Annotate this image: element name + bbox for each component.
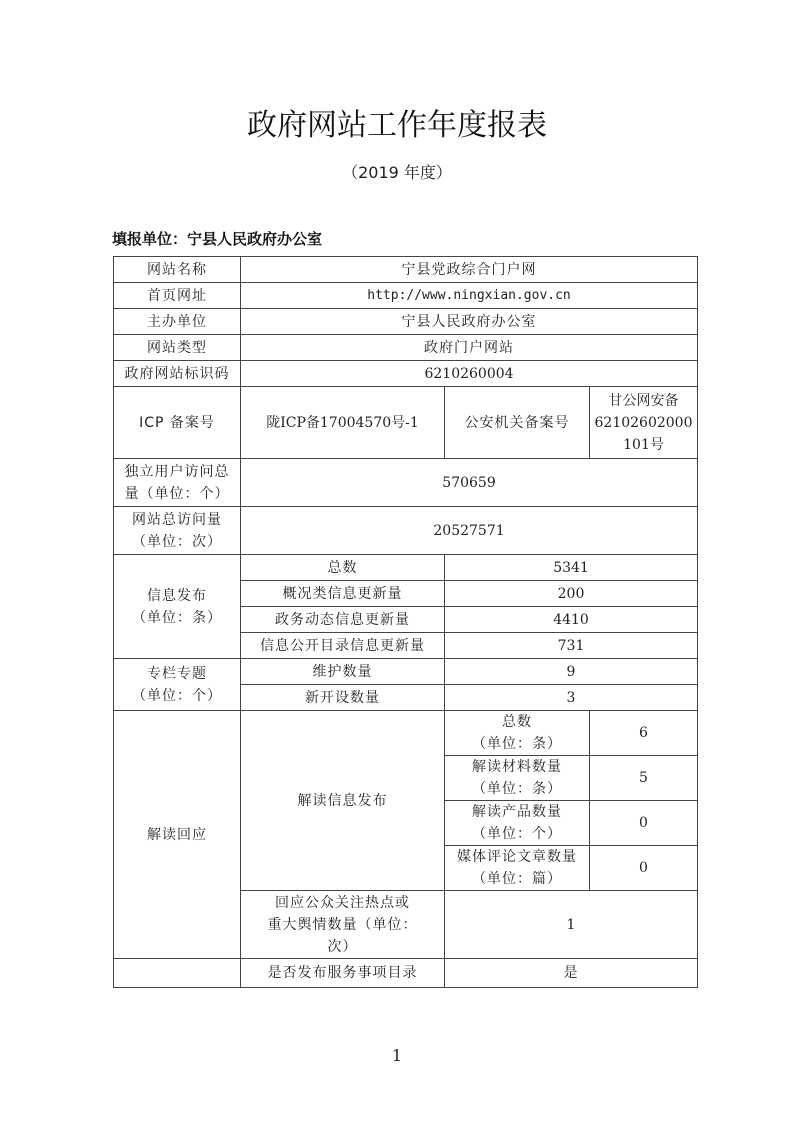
service-catalog-empty-cell [114, 959, 241, 988]
site-id-value: 6210260004 [241, 361, 698, 387]
interp-row-label-line2: （单位：个） [447, 823, 587, 845]
total-visits-value: 20527571 [241, 507, 698, 555]
interp-row-label-line2: （单位：条） [447, 733, 587, 755]
response-label-line2: 重大舆情数量（单位： [243, 914, 442, 936]
interp-row-value: 6 [590, 711, 698, 756]
columns-row-label: 维护数量 [241, 659, 445, 685]
info-row-label: 概况类信息更新量 [241, 581, 445, 607]
interp-row-label-line1: 总数 [447, 711, 587, 733]
page-number: 1 [0, 1046, 794, 1065]
total-visits-label-line2: （单位：次） [116, 531, 238, 553]
table-row-interp-total: 解读回应 解读信息发布 总数 （单位：条） 6 [114, 711, 698, 756]
interp-row-label: 解读产品数量 （单位：个） [445, 801, 590, 846]
table-row-info-total: 信息发布 （单位：条） 总数 5341 [114, 555, 698, 581]
columns-row-value: 9 [445, 659, 698, 685]
info-publish-label-line1: 信息发布 [116, 585, 238, 607]
unique-visitors-label-line2: 量（单位：个） [116, 483, 238, 505]
interp-row-value: 5 [590, 756, 698, 801]
filler-unit-label: 填报单位：宁县人民政府办公室 [112, 228, 322, 249]
police-record-label: 公安机关备案号 [445, 387, 590, 459]
site-id-label: 政府网站标识码 [114, 361, 241, 387]
total-visits-label: 网站总访问量 （单位：次） [114, 507, 241, 555]
host-unit-value: 宁县人民政府办公室 [241, 309, 698, 335]
site-name-value: 宁县党政综合门户网 [241, 257, 698, 283]
info-row-label: 信息公开目录信息更新量 [241, 633, 445, 659]
unique-visitors-value: 570659 [241, 459, 698, 507]
icp-label: ICP 备案号 [114, 387, 241, 459]
site-type-label: 网站类型 [114, 335, 241, 361]
interp-row-label: 解读材料数量 （单位：条） [445, 756, 590, 801]
homepage-label: 首页网址 [114, 283, 241, 309]
unique-visitors-label-line1: 独立用户访问总 [116, 461, 238, 483]
response-label-line3: 次） [243, 936, 442, 958]
table-row-site-id: 政府网站标识码 6210260004 [114, 361, 698, 387]
response-label-line1: 回应公众关注热点或 [243, 892, 442, 914]
info-row-value: 4410 [445, 607, 698, 633]
info-publish-label-line2: （单位：条） [116, 607, 238, 629]
info-row-label: 政务动态信息更新量 [241, 607, 445, 633]
interp-row-label-line1: 解读产品数量 [447, 801, 587, 823]
police-record-line1: 甘公网安备 [592, 390, 695, 412]
police-record-line3: 101号 [592, 434, 695, 456]
unique-visitors-label: 独立用户访问总 量（单位：个） [114, 459, 241, 507]
site-name-label: 网站名称 [114, 257, 241, 283]
service-catalog-value: 是 [445, 959, 698, 988]
interp-row-label: 总数 （单位：条） [445, 711, 590, 756]
table-row-service-catalog: 是否发布服务事项目录 是 [114, 959, 698, 988]
document-title: 政府网站工作年度报表 [0, 100, 794, 144]
interp-row-label-line2: （单位：条） [447, 778, 587, 800]
info-row-value: 200 [445, 581, 698, 607]
special-columns-label-line1: 专栏专题 [116, 663, 238, 685]
special-columns-label-line2: （单位：个） [116, 685, 238, 707]
homepage-url-value: http://www.ningxian.gov.cn [241, 283, 698, 309]
police-record-value: 甘公网安备 62102602000 101号 [590, 387, 698, 459]
response-label: 回应公众关注热点或 重大舆情数量（单位： 次） [241, 891, 445, 959]
columns-row-label: 新开设数量 [241, 685, 445, 711]
special-columns-label: 专栏专题 （单位：个） [114, 659, 241, 711]
table-row-columns-maintained: 专栏专题 （单位：个） 维护数量 9 [114, 659, 698, 685]
table-row-host-unit: 主办单位 宁县人民政府办公室 [114, 309, 698, 335]
info-row-value: 5341 [445, 555, 698, 581]
interp-row-label-line1: 媒体评论文章数量 [447, 846, 587, 868]
response-value: 1 [445, 891, 698, 959]
document-subtitle: （2019 年度） [0, 160, 794, 183]
interp-row-label-line1: 解读材料数量 [447, 756, 587, 778]
interp-row-value: 0 [590, 801, 698, 846]
host-unit-label: 主办单位 [114, 309, 241, 335]
interp-row-label: 媒体评论文章数量 （单位：篇） [445, 846, 590, 891]
total-visits-label-line1: 网站总访问量 [116, 509, 238, 531]
table-row-site-type: 网站类型 政府门户网站 [114, 335, 698, 361]
interpretation-label: 解读回应 [114, 711, 241, 959]
interpretation-publish-label: 解读信息发布 [241, 711, 445, 891]
table-row-homepage: 首页网址 http://www.ningxian.gov.cn [114, 283, 698, 309]
info-publish-label: 信息发布 （单位：条） [114, 555, 241, 659]
report-table: 网站名称 宁县党政综合门户网 首页网址 http://www.ningxian.… [113, 256, 698, 988]
info-row-value: 731 [445, 633, 698, 659]
table-row-icp: ICP 备案号 陇ICP备17004570号-1 公安机关备案号 甘公网安备 6… [114, 387, 698, 459]
police-record-line2: 62102602000 [592, 412, 695, 434]
site-type-value: 政府门户网站 [241, 335, 698, 361]
info-row-label: 总数 [241, 555, 445, 581]
table-row-total-visits: 网站总访问量 （单位：次） 20527571 [114, 507, 698, 555]
columns-row-value: 3 [445, 685, 698, 711]
table-row-site-name: 网站名称 宁县党政综合门户网 [114, 257, 698, 283]
service-catalog-label: 是否发布服务事项目录 [241, 959, 445, 988]
table-row-unique-visitors: 独立用户访问总 量（单位：个） 570659 [114, 459, 698, 507]
interp-row-label-line2: （单位：篇） [447, 868, 587, 890]
icp-value: 陇ICP备17004570号-1 [241, 387, 445, 459]
interp-row-value: 0 [590, 846, 698, 891]
